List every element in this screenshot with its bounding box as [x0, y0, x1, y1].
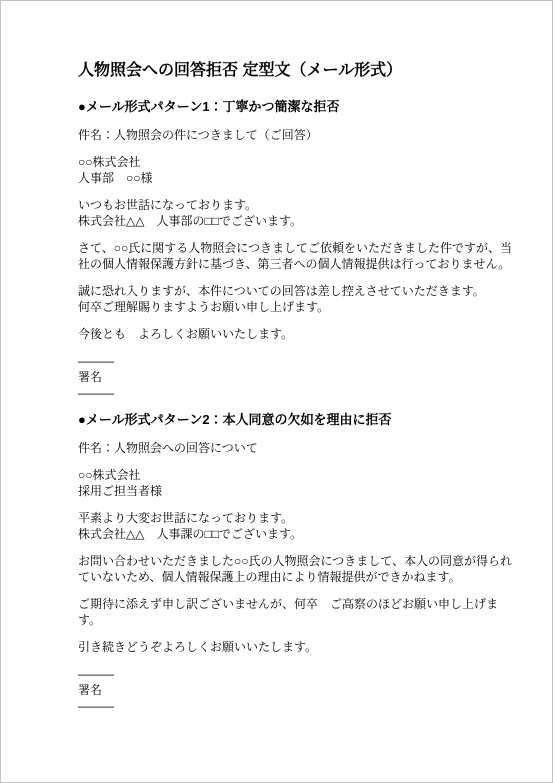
- greeting-line: 平素より大変お世話になっております。: [78, 510, 515, 526]
- subject-line: 件名：人物照会の件につきまして（ご回答）: [78, 127, 515, 143]
- signature-rule-bottom: ———: [78, 385, 515, 401]
- pattern-1-signature-block: ——— 署名 ———: [78, 353, 515, 401]
- pattern-1-section: ●メール形式パターン1：丁寧かつ簡潔な拒否 件名：人物照会の件につきまして（ご回…: [78, 99, 515, 401]
- greeting-line: いつもお世話になっております。: [78, 197, 515, 213]
- regret-line: ご期待に添えず申し訳ございませんが、何卒 ご高察のほどお願い申し上げます。: [78, 596, 515, 628]
- pattern-2-regret-block: ご期待に添えず申し訳ございませんが、何卒 ご高察のほどお願い申し上げます。: [78, 596, 515, 628]
- pattern-2-heading: ●メール形式パターン2：本人同意の欠如を理由に拒否: [78, 412, 515, 428]
- pattern-2-subject-block: 件名：人物照会への回答について: [78, 440, 515, 456]
- signature-rule-top: ———: [78, 353, 515, 369]
- signature-rule-bottom: ———: [78, 698, 515, 714]
- subject-line: 件名：人物照会への回答について: [78, 440, 515, 456]
- signature-label: 署名: [78, 369, 515, 385]
- pattern-1-main-paragraph: さて、○○氏に関する人物照会につきましてご依頼をいただきました件ですが、当社の個…: [78, 240, 515, 272]
- pattern-1-apology-block: 誠に恐れ入りますが、本件についての回答は差し控えさせていただきます。 何卒ご理解…: [78, 283, 515, 315]
- recipient-company: ○○株式会社: [78, 154, 515, 170]
- recipient-person: 人事部 ○○様: [78, 170, 515, 186]
- signature-label: 署名: [78, 682, 515, 698]
- main-text: さて、○○氏に関する人物照会につきましてご依頼をいただきました件ですが、当社の個…: [78, 240, 515, 272]
- pattern-2-main-paragraph: お問い合わせいただきました○○氏の人物照会につきまして、本人の同意が得られていな…: [78, 553, 515, 585]
- pattern-2-section: ●メール形式パターン2：本人同意の欠如を理由に拒否 件名：人物照会への回答につい…: [78, 412, 515, 714]
- understanding-request-line: 何卒ご理解賜りますようお願い申し上げます。: [78, 299, 515, 315]
- signature-rule-top: ———: [78, 666, 515, 682]
- pattern-1-recipient-block: ○○株式会社 人事部 ○○様: [78, 154, 515, 186]
- recipient-company: ○○株式会社: [78, 467, 515, 483]
- sender-identification-line: 株式会社△△ 人事課の□□でございます。: [78, 526, 515, 542]
- pattern-2-greeting-block: 平素より大変お世話になっております。 株式会社△△ 人事課の□□でございます。: [78, 510, 515, 542]
- pattern-2-signature-block: ——— 署名 ———: [78, 666, 515, 714]
- pattern-1-closing-block: 今後とも よろしくお願いいたします。: [78, 326, 515, 342]
- pattern-1-heading: ●メール形式パターン1：丁寧かつ簡潔な拒否: [78, 99, 515, 115]
- main-text: お問い合わせいただきました○○氏の人物照会につきまして、本人の同意が得られていな…: [78, 553, 515, 585]
- refusal-line: 誠に恐れ入りますが、本件についての回答は差し控えさせていただきます。: [78, 283, 515, 299]
- sender-identification-line: 株式会社△△ 人事部の□□でございます。: [78, 213, 515, 229]
- closing-line: 今後とも よろしくお願いいたします。: [78, 326, 515, 342]
- recipient-person: 採用ご担当者様: [78, 483, 515, 499]
- document-page: 人物照会への回答拒否 定型文（メール形式） ●メール形式パターン1：丁寧かつ簡潔…: [0, 0, 553, 783]
- pattern-1-greeting-block: いつもお世話になっております。 株式会社△△ 人事部の□□でございます。: [78, 197, 515, 229]
- pattern-2-closing-block: 引き続きどうぞよろしくお願いいたします。: [78, 639, 515, 655]
- closing-line: 引き続きどうぞよろしくお願いいたします。: [78, 639, 515, 655]
- document-title: 人物照会への回答拒否 定型文（メール形式）: [78, 60, 515, 82]
- pattern-1-subject-block: 件名：人物照会の件につきまして（ご回答）: [78, 127, 515, 143]
- pattern-2-recipient-block: ○○株式会社 採用ご担当者様: [78, 467, 515, 499]
